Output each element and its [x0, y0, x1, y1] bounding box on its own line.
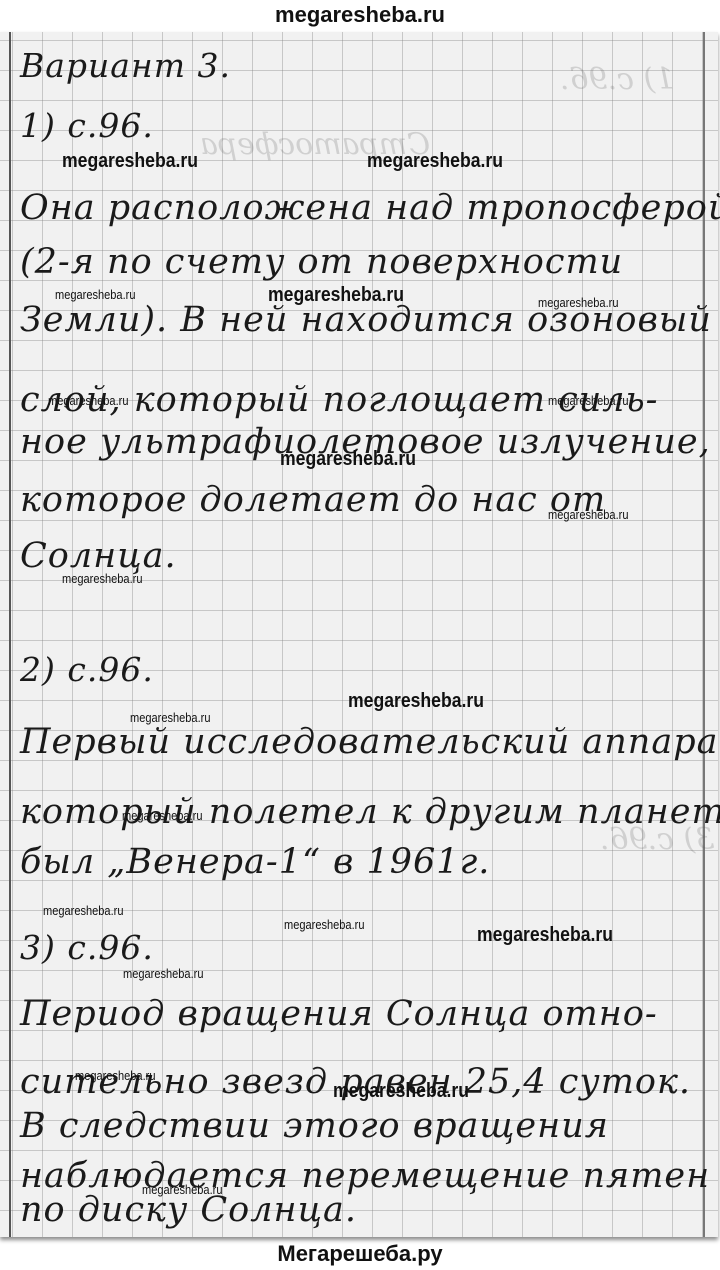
- watermark: megaresheba.ru: [62, 571, 142, 586]
- watermark: megaresheba.ru: [142, 1182, 222, 1197]
- section-2-line: был „Венера-1“ в 1961г.: [20, 842, 490, 882]
- section-1-line: Она расположена над тропосферой: [20, 188, 720, 228]
- section-3-label: 3) с.96.: [20, 928, 154, 967]
- section-2-line: Первый исследовательский аппарат,: [20, 722, 720, 762]
- site-header: megaresheba.ru: [0, 0, 720, 32]
- watermark: megaresheba.ru: [333, 1080, 469, 1103]
- watermark: megaresheba.ru: [130, 710, 210, 725]
- section-3-line: В следствии этого вращения: [20, 1106, 609, 1146]
- section-1-line: которое долетает до нас от: [20, 480, 606, 520]
- watermark: megaresheba.ru: [548, 507, 628, 522]
- watermark: megaresheba.ru: [75, 1068, 155, 1083]
- watermark: megaresheba.ru: [268, 284, 404, 307]
- section-1-line: Солнца.: [20, 536, 177, 576]
- watermark: megaresheba.ru: [48, 393, 128, 408]
- watermark: megaresheba.ru: [43, 903, 123, 918]
- watermark: megaresheba.ru: [123, 966, 203, 981]
- section-2-label: 2) с.96.: [20, 650, 154, 689]
- notebook-page: 1) с.96. Стратосфера 3) с.96. Вариант 3.…: [0, 32, 718, 1237]
- document-title: Вариант 3.: [20, 46, 231, 85]
- watermark: megaresheba.ru: [284, 917, 364, 932]
- margin-line-left: [9, 32, 11, 1237]
- watermark: megaresheba.ru: [280, 448, 416, 471]
- section-1-label: 1) с.96.: [20, 106, 154, 145]
- watermark: megaresheba.ru: [62, 150, 198, 173]
- bleed-through-text: 1) с.96.: [560, 62, 674, 97]
- section-1-line: (2-я по счету от поверхности: [20, 242, 623, 282]
- watermark: megaresheba.ru: [348, 690, 484, 713]
- watermark: megaresheba.ru: [122, 808, 202, 823]
- watermark: megaresheba.ru: [55, 287, 135, 302]
- watermark: megaresheba.ru: [477, 924, 613, 947]
- watermark: megaresheba.ru: [538, 295, 618, 310]
- section-3-line: Период вращения Солнца отно-: [20, 994, 658, 1034]
- site-footer: Мегарешеба.ру: [0, 1238, 720, 1270]
- watermark: megaresheba.ru: [367, 150, 503, 173]
- watermark: megaresheba.ru: [548, 393, 628, 408]
